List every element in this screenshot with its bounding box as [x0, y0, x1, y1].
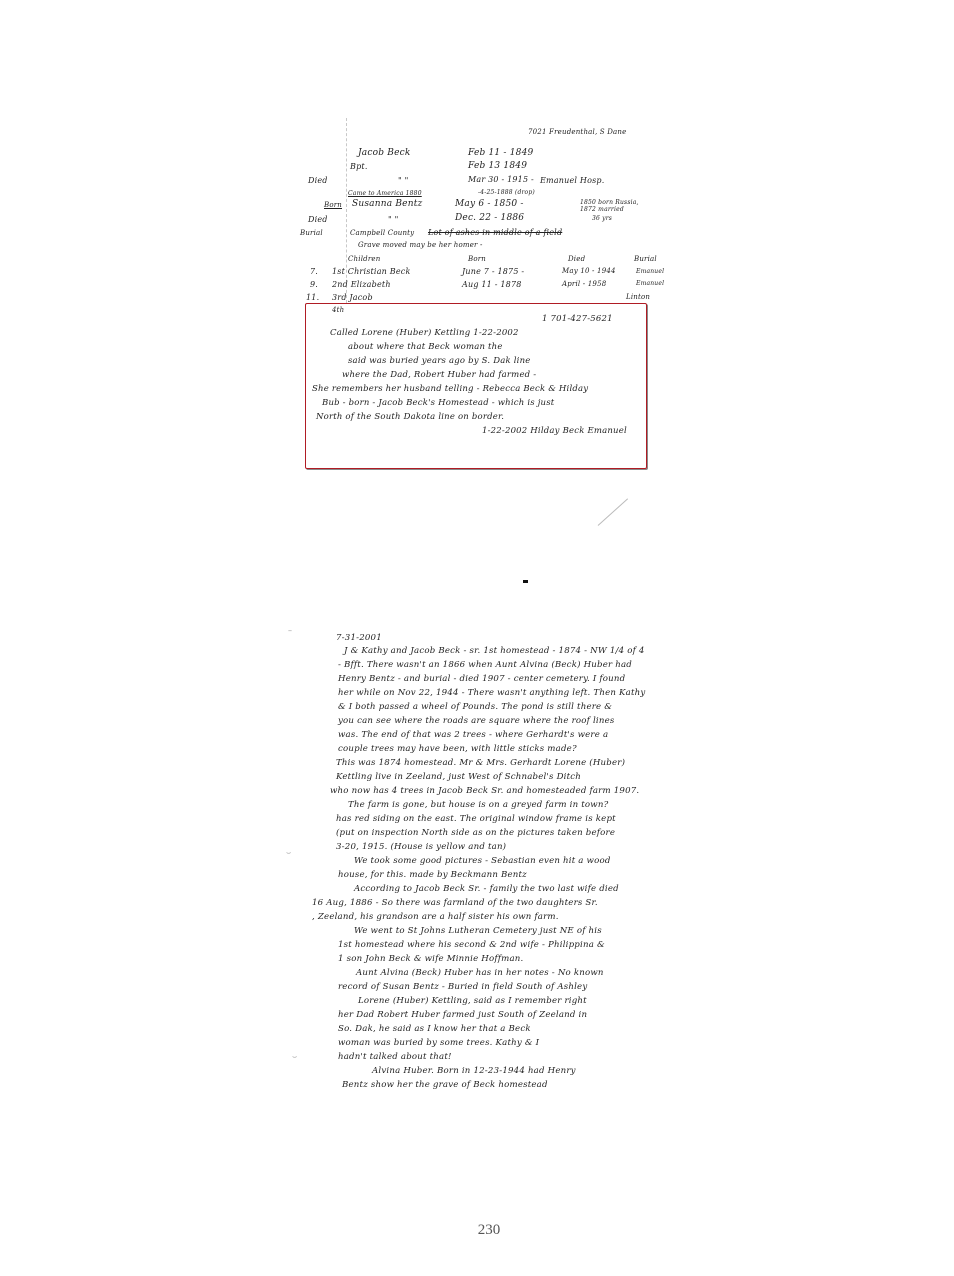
- scan-artifact-dot: [523, 580, 528, 583]
- note-line: According to Jacob Beck Sr. - family the…: [354, 884, 619, 894]
- note-line: 1 son John Beck & wife Minnie Hoffman.: [338, 954, 523, 964]
- note-line: We went to St Johns Lutheran Cemetery ju…: [354, 926, 602, 936]
- child-born: Aug 11 - 1878: [462, 280, 522, 289]
- note-line: 16 Aug, 1886 - So there was farmland of …: [312, 898, 598, 908]
- children-header: Children: [348, 255, 380, 263]
- child-number: 7.: [310, 267, 318, 276]
- note-line: This was 1874 homestead. Mr & Mrs. Gerha…: [336, 758, 625, 768]
- record-label: Died: [308, 215, 328, 224]
- note-line: house, for this. made by Beckmann Bentz: [338, 870, 527, 880]
- record-date: Lot of ashes in middle of a field: [428, 228, 562, 237]
- note-line: (put on inspection North side as on the …: [336, 828, 615, 838]
- child-name: 1st Christian Beck: [332, 267, 411, 276]
- margin-mark: ⌣: [292, 1052, 297, 1062]
- note-line: her Dad Robert Huber farmed just South o…: [338, 1010, 587, 1020]
- children-header: Burial: [634, 255, 657, 263]
- note-line: , Zeeland, his grandson are a half siste…: [312, 912, 559, 922]
- header-note: 7021 Freudenthal, S Dane: [528, 128, 626, 136]
- note-line: said was buried years ago by S. Dak line: [348, 356, 530, 366]
- note-line: about where that Beck woman the: [348, 342, 503, 352]
- margin-mark: ⌣: [286, 848, 291, 858]
- children-header: Born: [468, 255, 486, 263]
- note-line: Bentz show her the grave of Beck homeste…: [342, 1080, 548, 1090]
- record-name: Came to America 1880: [348, 190, 422, 197]
- record-label: Died: [308, 176, 328, 185]
- note-line: her while on Nov 22, 1944 - There wasn't…: [338, 688, 645, 698]
- child-died: April - 1958: [562, 280, 606, 288]
- note-line: Alvina Huber. Born in 12-23-1944 had Hen…: [372, 1066, 576, 1076]
- record-date: Feb 13 1849: [468, 161, 527, 171]
- record-label: Burial: [300, 229, 323, 237]
- record-note: 1850 born Russia, 1872 married: [580, 199, 656, 213]
- margin-mark: –: [288, 626, 292, 635]
- phone-number: 1 701-427-5621: [542, 314, 613, 324]
- note-line: Bub - born - Jacob Beck's Homestead - wh…: [322, 398, 554, 408]
- child-name: 3rd Jacob: [332, 293, 373, 302]
- page-number: 230: [0, 1222, 954, 1239]
- child-died: May 10 - 1944: [562, 267, 616, 275]
- note-line: Henry Bentz - and burial - died 1907 - c…: [338, 674, 625, 684]
- note-line: So. Dak, he said as I know her that a Be…: [338, 1024, 531, 1034]
- note-line: Aunt Alvina (Beck) Huber has in her note…: [356, 968, 604, 978]
- record-label: Born: [324, 201, 342, 209]
- record-note: 36 yrs: [592, 215, 612, 222]
- record-name: Susanna Bentz: [352, 199, 422, 209]
- scan-artifact-line: [598, 498, 628, 526]
- dated-note-scan: 7-31-2001 J & Kathy and Jacob Beck - sr.…: [300, 630, 670, 1090]
- note-line: Kettling live in Zeeland, just West of S…: [336, 772, 581, 782]
- phone-call-note-box: 1 701-427-5621 Called Lorene (Huber) Ket…: [305, 303, 647, 469]
- record-name: " ": [388, 215, 399, 224]
- record-date: Feb 11 - 1849: [468, 148, 533, 158]
- note-line: Called Lorene (Huber) Kettling 1-22-2002: [330, 328, 519, 338]
- record-date: Dec. 22 - 1886: [455, 213, 524, 223]
- child-number: 11.: [306, 293, 319, 302]
- note-line: hadn't talked about that!: [338, 1052, 452, 1062]
- note-date: 7-31-2001: [336, 633, 382, 643]
- note-line: North of the South Dakota line on border…: [316, 412, 504, 422]
- note-line: you can see where the roads are square w…: [338, 716, 615, 726]
- note-line: J & Kathy and Jacob Beck - sr. 1st homes…: [344, 646, 645, 656]
- note-line: We took some good pictures - Sebastian e…: [354, 856, 611, 866]
- document-page: 7021 Freudenthal, S Dane Jacob Beck Feb …: [0, 0, 954, 1276]
- note-line: record of Susan Bentz - Buried in field …: [338, 982, 587, 992]
- note-line: The farm is gone, but house is on a grey…: [348, 800, 608, 810]
- note-line: & I both passed a wheel of Pounds. The p…: [338, 702, 612, 712]
- child-burial: Emanuel: [636, 280, 664, 287]
- note-line: She remembers her husband telling - Rebe…: [312, 384, 588, 394]
- child-burial: Linton: [626, 293, 650, 301]
- child-number: 9.: [310, 280, 318, 289]
- record-date: -4-25-1888 (drop): [478, 189, 535, 196]
- note-line: has red siding on the east. The original…: [336, 814, 616, 824]
- note-line: where the Dad, Robert Huber had farmed -: [342, 370, 536, 380]
- record-name: Campbell County: [350, 229, 414, 237]
- note-line: woman was buried by some trees. Kathy & …: [338, 1038, 539, 1048]
- record-name: Jacob Beck: [358, 148, 411, 158]
- note-line: 3-20, 1915. (House is yellow and tan): [336, 842, 506, 852]
- note-line: 1st homestead where his second & 2nd wif…: [338, 940, 605, 950]
- child-burial: Emanuel: [636, 268, 664, 275]
- note-line: who now has 4 trees in Jacob Beck Sr. an…: [330, 786, 639, 796]
- record-name: " ": [398, 176, 409, 185]
- record-note: Emanuel Hosp.: [540, 176, 605, 185]
- record-date: Mar 30 - 1915 -: [468, 175, 534, 184]
- record-label: Bpt.: [350, 162, 368, 171]
- note-line: couple trees may have been, with little …: [338, 744, 577, 754]
- child-name: 2nd Elizabeth: [332, 280, 391, 289]
- children-header: Died: [568, 255, 585, 263]
- record-date: May 6 - 1850 -: [455, 199, 524, 209]
- note-line: - Bfft. There wasn't an 1866 when Aunt A…: [338, 660, 632, 670]
- record-name: Grave moved may be her homer -: [358, 241, 483, 249]
- note-signature: 1-22-2002 Hilday Beck Emanuel: [482, 426, 627, 436]
- note-line: Lorene (Huber) Kettling, said as I remem…: [358, 996, 587, 1006]
- note-line: was. The end of that was 2 trees - where…: [338, 730, 608, 740]
- child-born: June 7 - 1875 -: [462, 267, 524, 276]
